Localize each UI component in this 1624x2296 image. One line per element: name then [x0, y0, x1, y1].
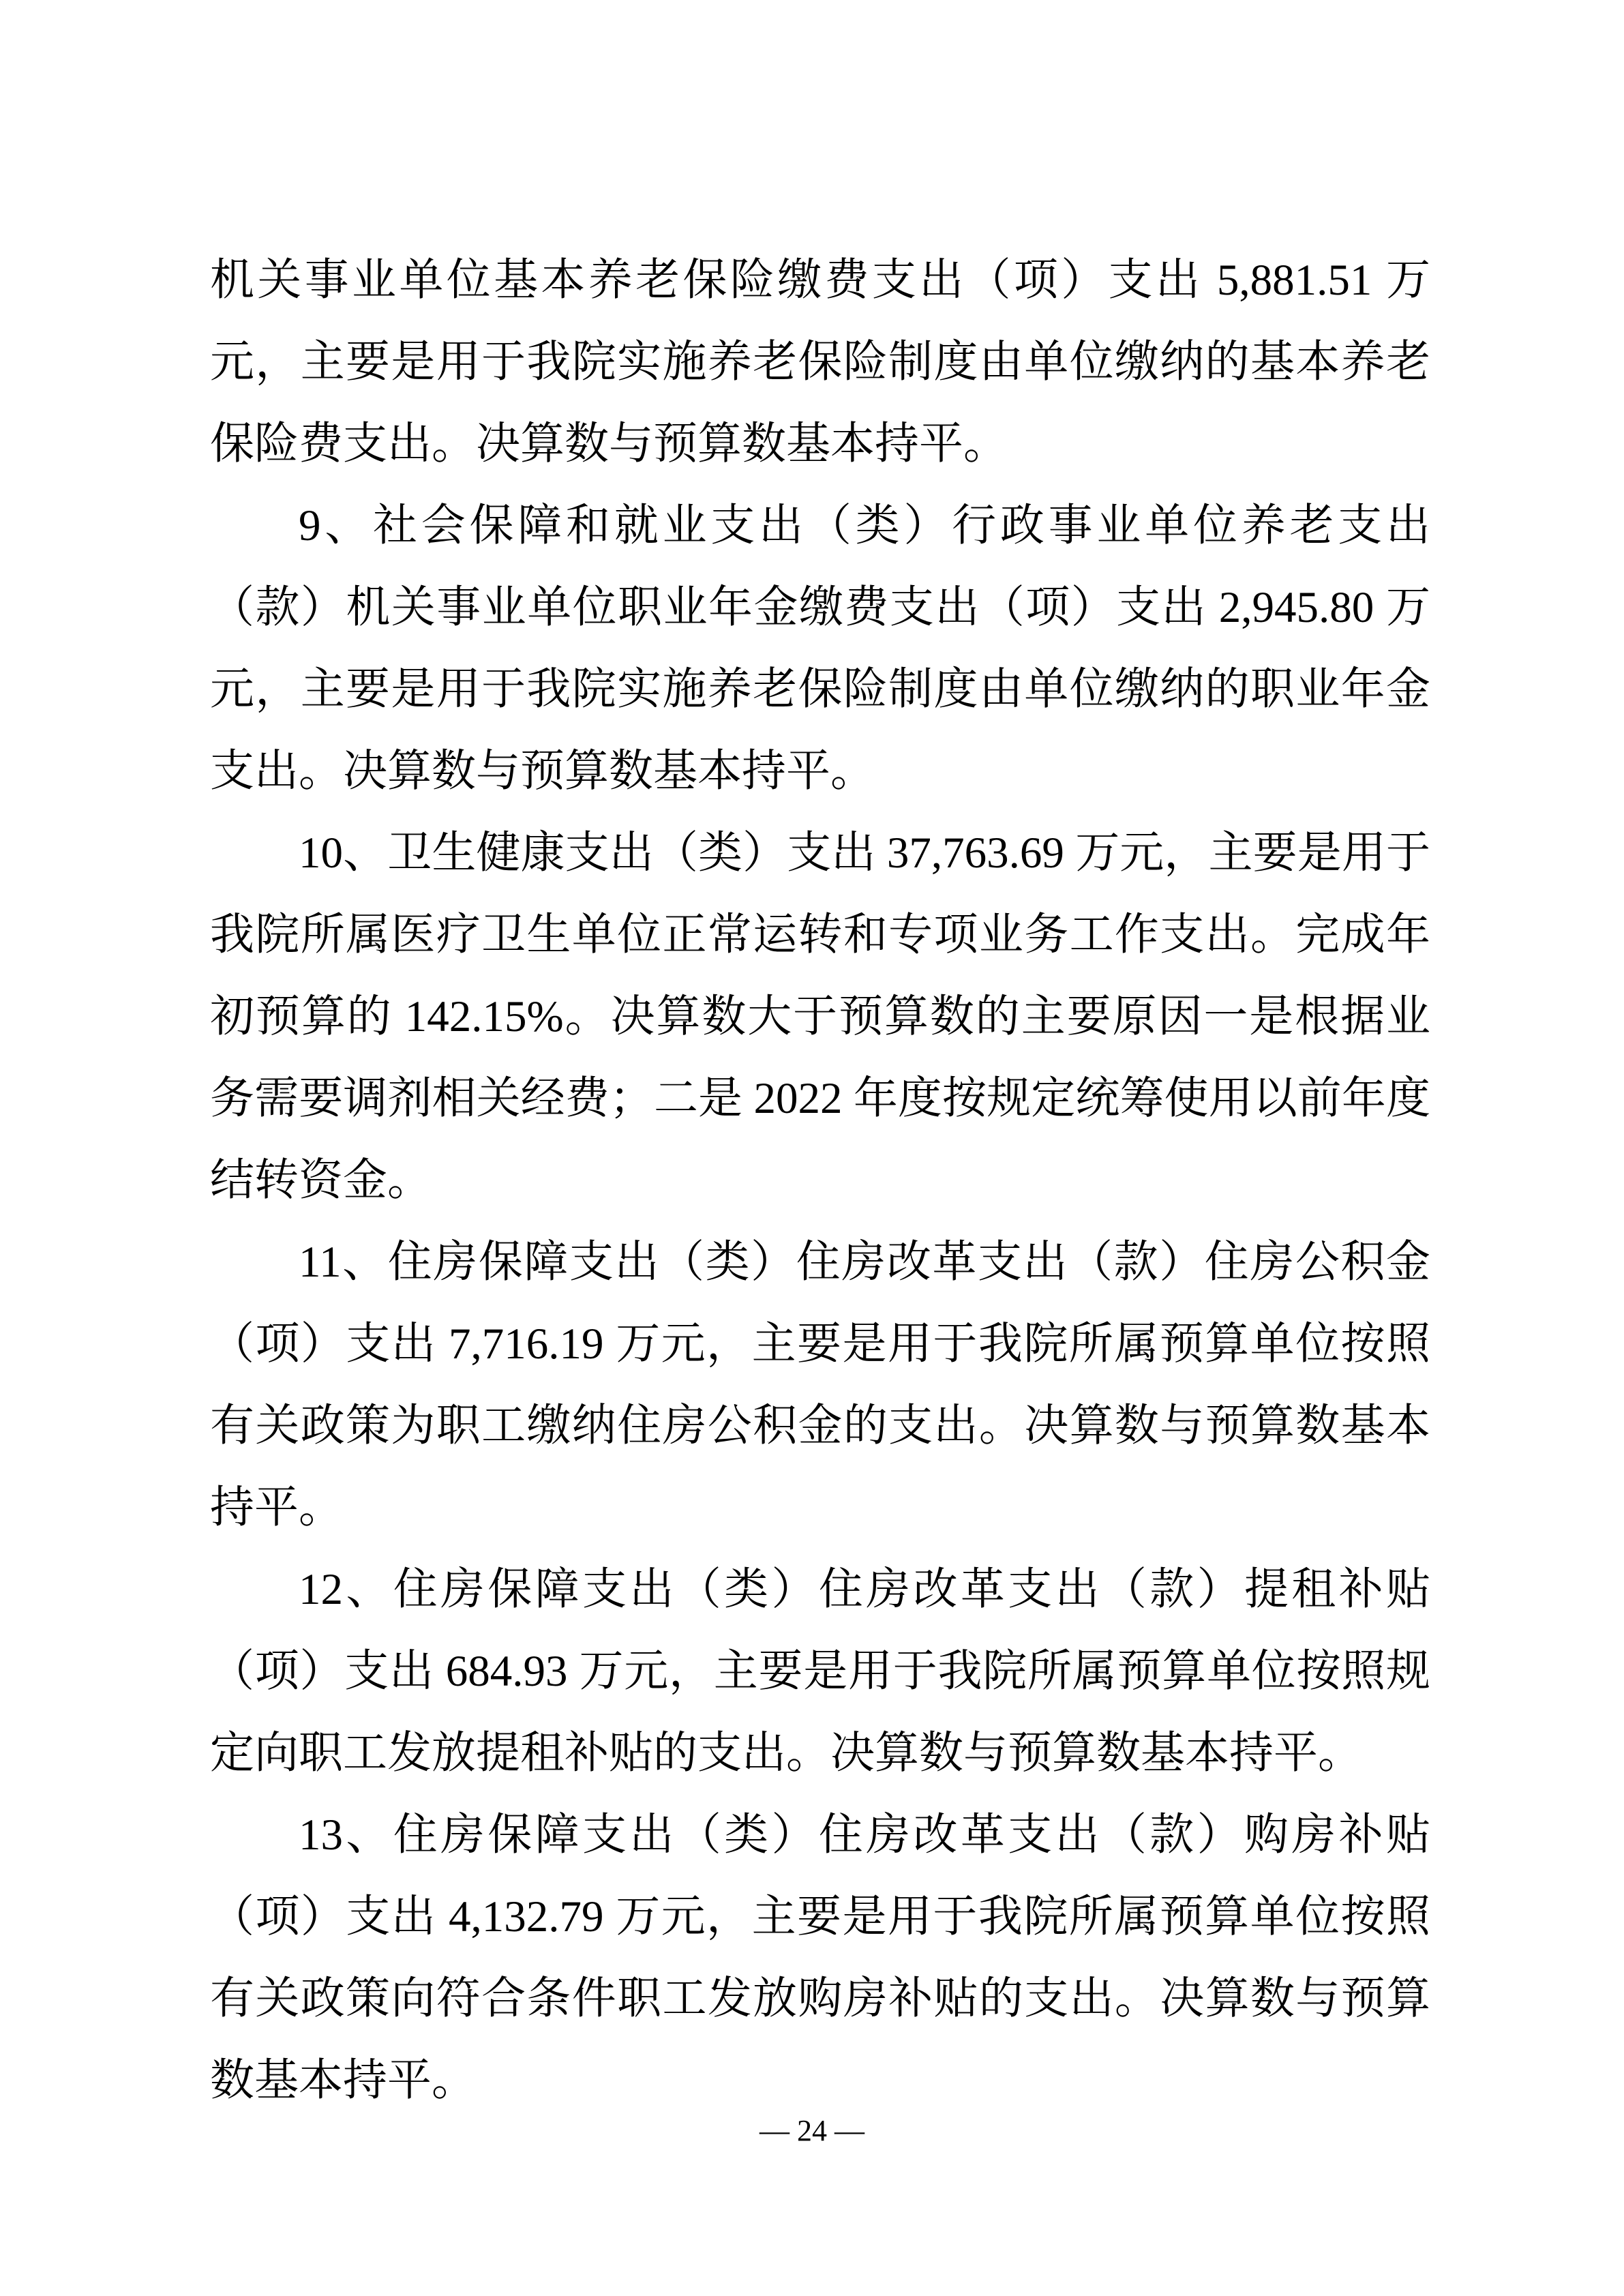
document-page: { "document": { "paragraphs": [ "机关事业单位基…: [0, 0, 1624, 2296]
page-footer: — 24 —: [0, 2100, 1624, 2162]
paragraph-item-9-occupational-annuity: 9、社会保障和就业支出（类）行政事业单位养老支出（款）机关事业单位职业年金缴费支…: [210, 485, 1430, 812]
document-body: 机关事业单位基本养老保险缴费支出（项）支出 5,881.51 万元，主要是用于我…: [210, 239, 1430, 2121]
paragraph-pension-contribution-continuation: 机关事业单位基本养老保险缴费支出（项）支出 5,881.51 万元，主要是用于我…: [210, 239, 1430, 485]
paragraph-item-10-health-expenditure: 10、卫生健康支出（类）支出 37,763.69 万元，主要是用于我院所属医疗卫…: [210, 812, 1430, 1221]
paragraph-item-11-housing-fund: 11、住房保障支出（类）住房改革支出（款）住房公积金（项）支出 7,716.19…: [210, 1221, 1430, 1549]
page-number: — 24 —: [760, 2114, 864, 2147]
paragraph-item-12-rent-subsidy: 12、住房保障支出（类）住房改革支出（款）提租补贴（项）支出 684.93 万元…: [210, 1549, 1430, 1794]
paragraph-item-13-house-purchase-subsidy: 13、住房保障支出（类）住房改革支出（款）购房补贴（项）支出 4,132.79 …: [210, 1794, 1430, 2121]
